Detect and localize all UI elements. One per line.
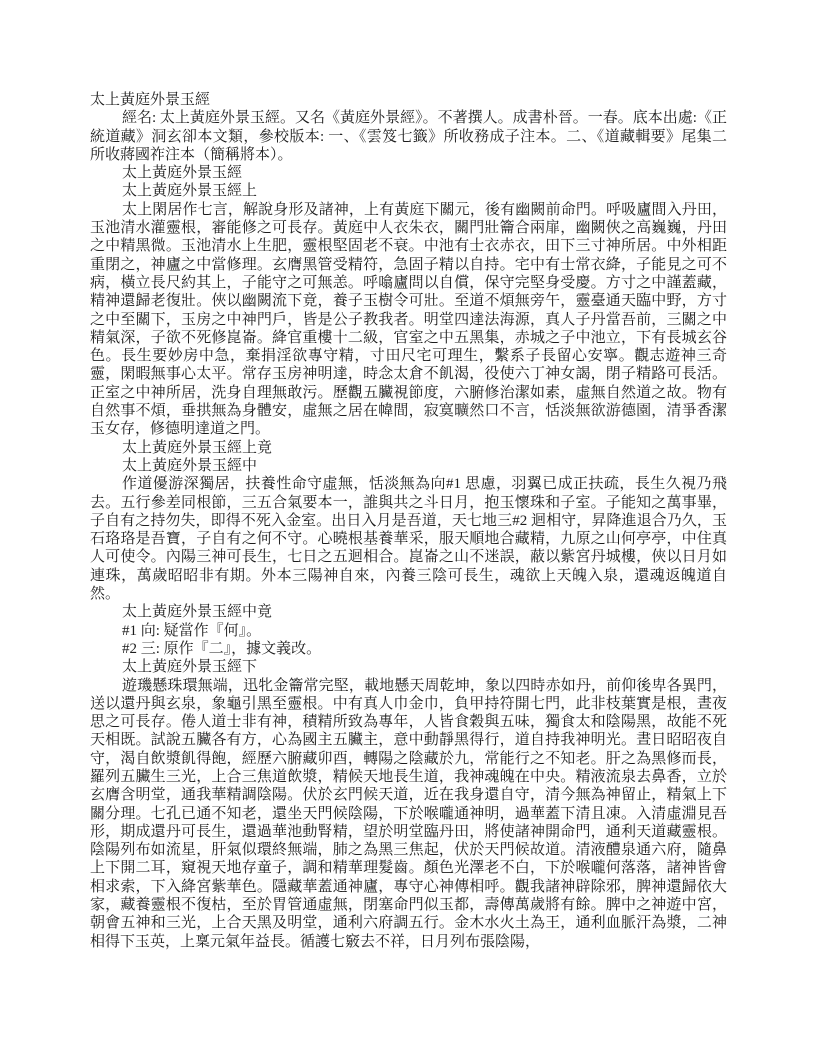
section-end-middle: 太上黃庭外景玉經中竟 [90,603,727,621]
document-page: 太上黃庭外景玉經 經名: 太上黃庭外景玉經。又名《黃庭外景經》。不著撰人。成書朴… [0,0,816,1056]
section-body-middle: 作道優游深獨居，扶養性命守虛無，恬淡無為向#1 思慮，羽翼已成正扶疏，長生久視乃… [90,475,727,603]
title-repeat-line: 太上黃庭外景玉經 [90,164,727,182]
section-body-lower: 遊璣懸珠環無端，迅牝金籥常完堅，載地懸天周乾坤，象以四時赤如丹，前仰後卑各異門，… [90,677,727,951]
footnote-2: #2 三: 原作『二』，據文義改。 [90,640,727,658]
section-title-upper: 太上黃庭外景玉經上 [90,182,727,200]
document-title: 太上黃庭外景玉經 [90,91,727,109]
section-end-upper: 太上黃庭外景玉經上竟 [90,439,727,457]
section-title-lower: 太上黃庭外景玉經下 [90,658,727,676]
section-body-upper: 太上閑居作七言，解說身形及諸神，上有黃庭下關元，後有幽闕前命門。呼吸廬間入丹田，… [90,201,727,439]
colophon-paragraph: 經名: 太上黃庭外景玉經。又名《黃庭外景經》。不著撰人。成書朴晉。一春。底本出處… [90,109,727,164]
text-block: 太上黃庭外景玉經 經名: 太上黃庭外景玉經。又名《黃庭外景經》。不著撰人。成書朴… [90,91,727,951]
footnote-1: #1 向: 疑當作『何』。 [90,622,727,640]
section-title-middle: 太上黃庭外景玉經中 [90,457,727,475]
